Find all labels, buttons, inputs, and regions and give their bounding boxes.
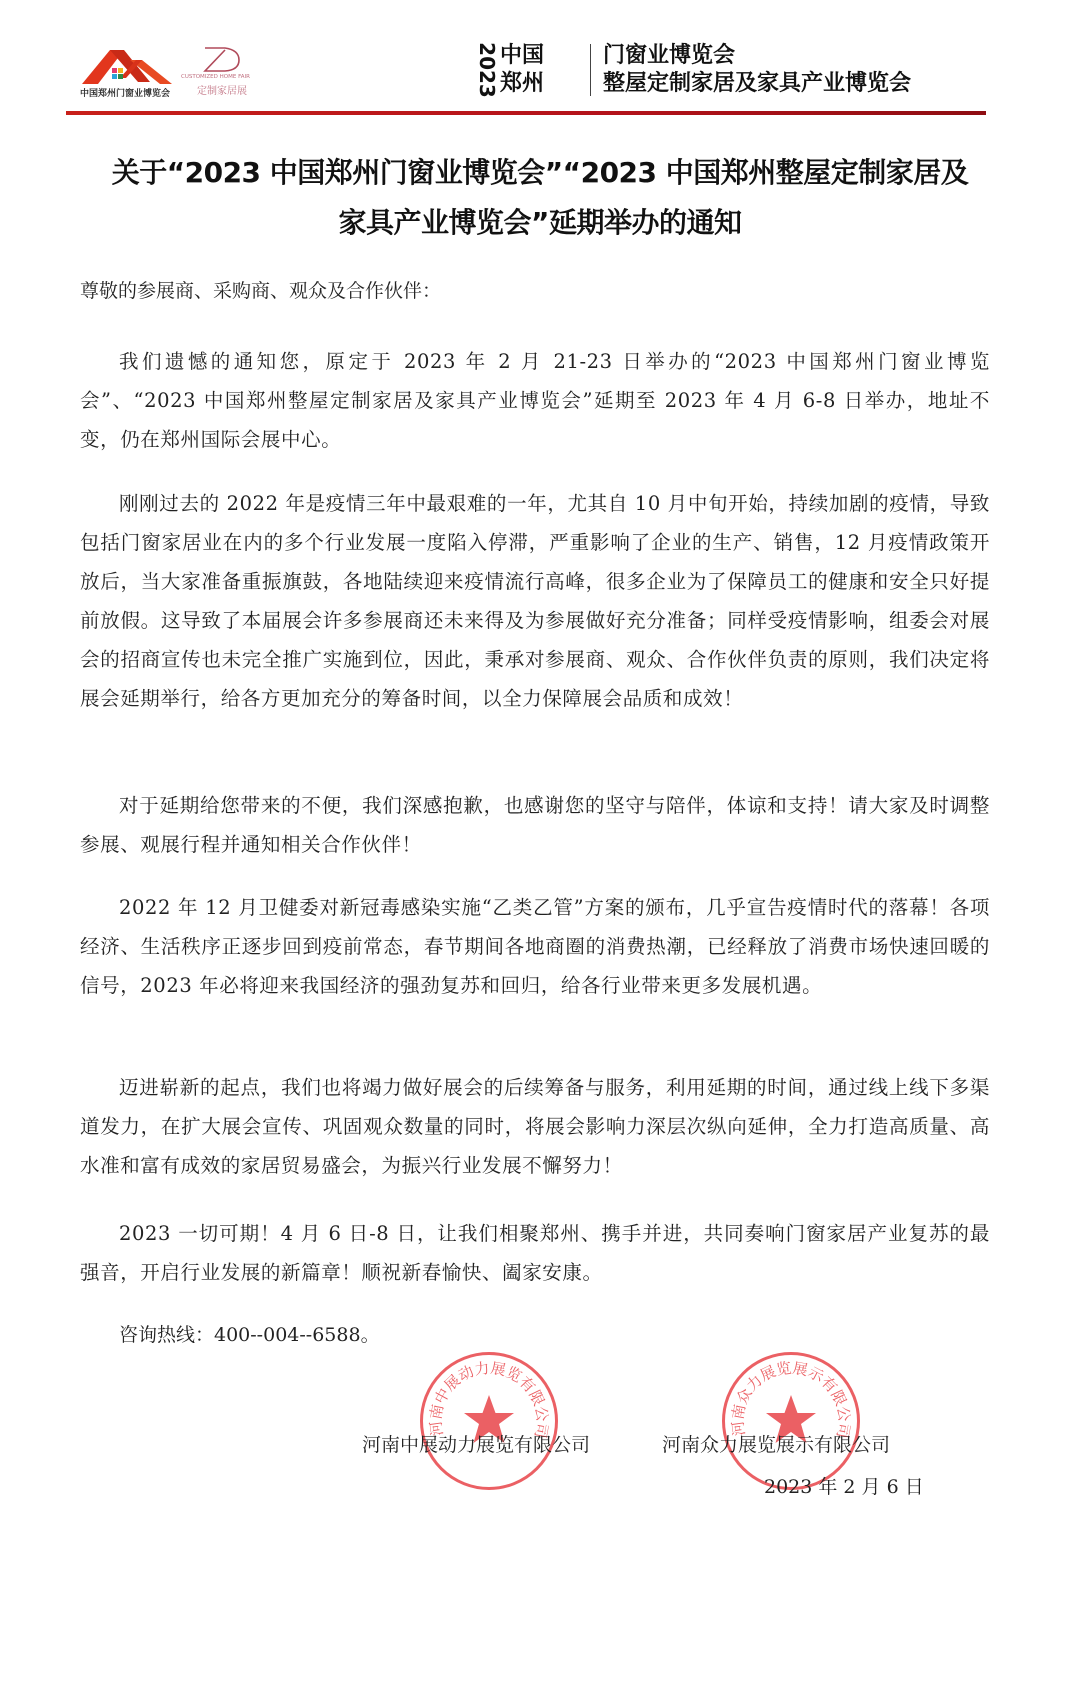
signer-company-1: 河南中展动力展览有限公司 [362,1430,590,1457]
signature-date: 2023 年 2 月 6 日 [764,1472,924,1499]
header-divider [590,44,591,96]
company-seal-zhongzhan: 河南中展动力展览有限公司 [420,1352,558,1490]
header-year: 2023 [474,44,500,96]
door-window-fair-logo-text: 中国郑州门窗业博览会 [80,86,170,99]
paragraph-apology: 对于延期给您带来的不便，我们深感抱歉，也感谢您的坚守与陪伴，体谅和支持！请大家及… [80,786,990,864]
company-seal-zhongli: 河南众力展览展示有限公司 [722,1352,860,1490]
customized-home-fair-logo-cn: 定制家居展 [197,82,247,97]
paragraph-postponement: 我们遗憾的通知您，原定于 2023 年 2 月 21-23 日举办的“2023 … [80,342,990,459]
header-city: 中国 郑州 [500,42,544,98]
paragraph-closing: 2023 一切可期！4 月 6 日-8 日，让我们相聚郑州、携手并进，共同奏响门… [80,1214,990,1292]
hotline: 咨询热线：400--004--6588。 [119,1320,380,1347]
paragraph-commitment: 迈进崭新的起点，我们也将竭力做好展会的后续筹备与服务，利用延期的时间，通过线上线… [80,1068,990,1185]
notice-title: 关于“2023 中国郑州门窗业博览会”“2023 中国郑州整屋定制家居及 家具产… [70,148,1010,248]
customized-home-fair-logo-en: CUSTOMIZED HOME FAIR [181,74,250,80]
paragraph-reasons: 刚刚过去的 2022 年是疫情三年中最艰难的一年，尤其自 10 月中旬开始，持续… [80,484,990,718]
header-fair-names: 门窗业博览会 整屋定制家居及家具产业博览会 [603,42,911,98]
letterhead: 中国郑州门窗业博览会 CUSTOMIZED HOME FAIR 定制家居展 20… [0,0,1080,115]
header-red-rule [66,111,986,115]
paragraph-outlook: 2022 年 12 月卫健委对新冠毒感染实施“乙类乙管”方案的颁布，几乎宣告疫情… [80,888,990,1005]
salutation: 尊敬的参展商、采购商、观众及合作伙伴： [80,276,441,303]
signer-company-2: 河南众力展览展示有限公司 [662,1430,890,1457]
